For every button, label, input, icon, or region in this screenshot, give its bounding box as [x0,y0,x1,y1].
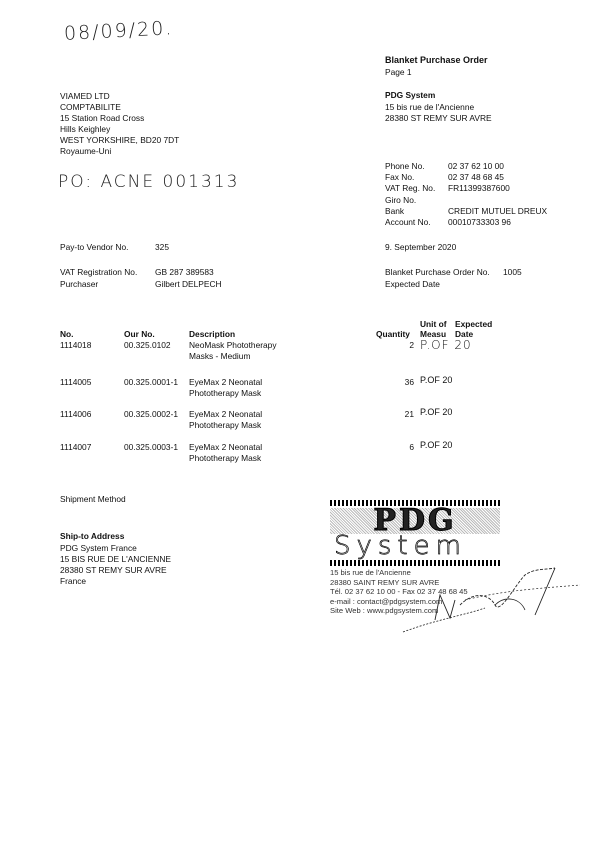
expected-date-label: Expected Date [385,280,440,288]
company-info-row: Fax No.02 37 48 68 45 [385,172,435,183]
line-item-quantity: 21 [398,410,414,418]
col-header-our-no: Our No. [124,330,155,338]
col-header-expected-1: Expected [455,320,492,328]
vendor-address-line: Hills Keighley [60,124,179,135]
line-item-our-no: 00.325.0002-1 [124,410,178,418]
company-info-value: 00010733303 96 [448,217,511,228]
line-item-quantity: 6 [398,443,414,451]
line-item-description: EyeMax 2 Neonatal [189,378,262,386]
company-info-value: 02 37 62 10 00 [448,161,504,172]
line-item-our-no: 00.325.0001-1 [124,378,178,386]
company-info-row: VAT Reg. No.FR11399387600 [385,183,435,194]
company-info-label: VAT Reg. No. [385,183,435,193]
line-item-description-2: Phototherapy Mask [189,421,261,429]
shipment-method-label: Shipment Method [60,495,126,503]
pay-to-label: Pay-to Vendor No. [60,243,128,251]
company-info: Phone No.02 37 62 10 00Fax No.02 37 48 6… [385,161,435,228]
stamp-subtitle: System [330,534,500,558]
line-item-our-no: 00.325.0003-1 [124,443,178,451]
ship-to-line: PDG System France [60,543,171,554]
line-item-description: EyeMax 2 Neonatal [189,443,262,451]
vendor-address-line: 15 Station Road Cross [60,113,179,124]
document-title: Blanket Purchase Order [385,56,488,65]
company-info-label: Giro No. [385,195,416,205]
col-header-description: Description [189,330,235,338]
line-item-no: 1114018 [60,341,91,349]
company-info-value: 02 37 48 68 45 [448,172,504,183]
purchaser-label: Purchaser [60,280,98,288]
line-item-unit: P.OF 20 [420,376,452,385]
ship-to-address: PDG System France15 BIS RUE DE L'ANCIENN… [60,543,171,587]
vendor-address: VIAMED LTDCOMPTABILITE15 Station Road Cr… [60,91,179,157]
company-info-row: Giro No. [385,195,435,206]
vat-value: GB 287 389583 [155,268,214,276]
bpo-label: Blanket Purchase Order No. [385,268,490,276]
vendor-address-line: Royaume-Uni [60,146,179,157]
ship-to-line: France [60,576,171,587]
company-info-value: FR11399387600 [448,183,510,194]
line-item-description-2: Phototherapy Mask [189,454,261,462]
line-item-our-no: 00.325.0102 [124,341,171,349]
line-item-description: NeoMask Phototherapy [189,341,277,349]
signature [395,560,585,640]
line-item-description: EyeMax 2 Neonatal [189,410,262,418]
line-item-unit: P.OF 20 [420,339,472,351]
line-item-unit: P.OF 20 [420,408,452,417]
ship-to-line: 28380 ST REMY SUR AVRE [60,565,171,576]
company-info-label: Phone No. [385,161,425,171]
ship-to-line: 15 BIS RUE DE L'ANCIENNE [60,554,171,565]
company-address-line: 28380 ST REMY SUR AVRE [385,113,492,124]
col-header-quantity: Quantity [376,330,410,338]
company-info-row: BankCREDIT MUTUEL DREUX [385,206,435,217]
line-item-quantity: 2 [398,341,414,349]
company-info-label: Account No. [385,217,431,227]
vendor-address-line: VIAMED LTD [60,91,179,102]
line-item-no: 1114005 [60,378,91,386]
company-address: 15 bis rue de l'Ancienne28380 ST REMY SU… [385,102,492,124]
line-item-description-2: Phototherapy Mask [189,389,261,397]
vat-label: VAT Registration No. [60,268,137,276]
line-item-unit: P.OF 20 [420,441,452,450]
title-rest: Purchase Order [418,55,488,65]
company-info-row: Phone No.02 37 62 10 00 [385,161,435,172]
ship-to-label: Ship-to Address [60,532,124,540]
company-info-row: Account No.00010733303 96 [385,217,435,228]
bpo-value: 1005 [503,268,522,276]
pay-to-value: 325 [155,243,169,251]
company-address-line: 15 bis rue de l'Ancienne [385,102,492,113]
company-info-value: CREDIT MUTUEL DREUX [448,206,547,217]
purchaser-value: Gilbert DELPECH [155,280,222,288]
company-info-label: Bank [385,206,404,216]
line-item-description-2: Masks - Medium [189,352,250,360]
vendor-address-line: WEST YORKSHIRE, BD20 7DT [60,135,179,146]
company-name: PDG System [385,91,435,99]
line-item-no: 1114007 [60,443,91,451]
company-info-label: Fax No. [385,172,414,182]
handwritten-po-number: PO: ACNE 001313 [58,174,239,191]
col-header-no: No. [60,330,74,338]
title-bold: Blanket [385,55,418,65]
order-date: 9. September 2020 [385,243,456,251]
vendor-address-line: COMPTABILITE [60,102,179,113]
handwritten-date: 08/09/20. [64,19,174,44]
col-header-unit-1: Unit of [420,320,447,328]
line-item-no: 1114006 [60,410,91,418]
line-item-quantity: 36 [398,378,414,386]
page-number: Page 1 [385,68,412,76]
